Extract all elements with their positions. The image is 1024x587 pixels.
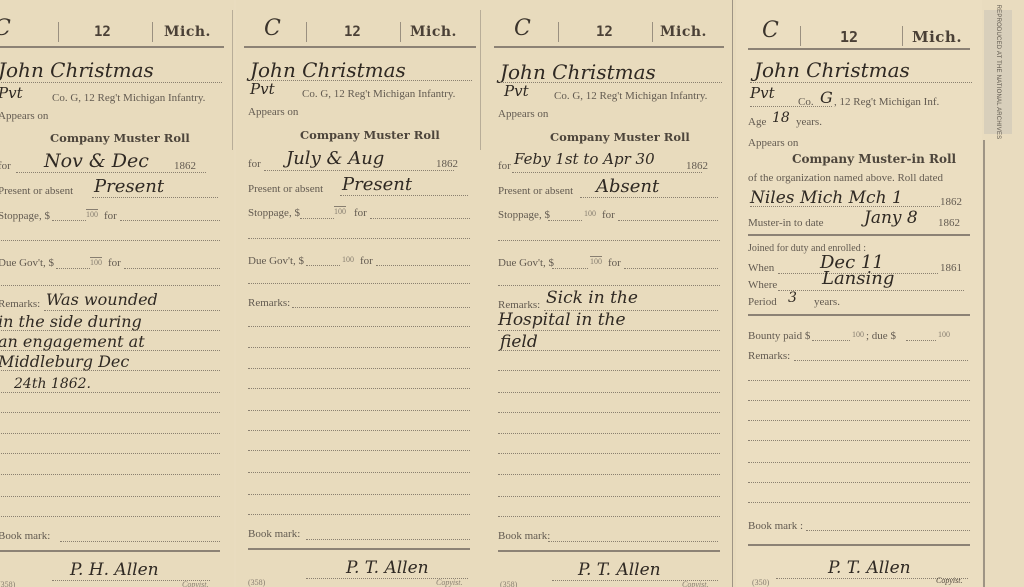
rank: Pvt — [504, 82, 529, 100]
card-muster-in-roll: C 12 Mich. John Christmas Pvt Co. G , 12… — [736, 0, 982, 587]
roll-title: Company Muster Roll — [550, 130, 690, 144]
soldier-name: John Christmas — [500, 60, 656, 84]
where-value: Lansing — [822, 268, 894, 289]
state: Mich. — [410, 24, 457, 40]
copyist-signature: P. T. Allen — [828, 558, 911, 578]
regiment-number: 12 — [94, 24, 111, 40]
present-status: Absent — [596, 176, 659, 197]
remarks-line-3: field — [500, 332, 538, 352]
company-letter: C — [0, 16, 11, 41]
regiment-number: 12 — [344, 24, 361, 40]
roll-title: Company Muster Roll — [300, 128, 440, 142]
form-number: (350) — [752, 578, 769, 587]
unit-line: , 12 Reg't Michigan Inf. — [834, 96, 939, 108]
remarks-line-1: Sick in the — [546, 288, 638, 308]
card-muster-roll-nov-dec: C 12 Mich. John Christmas Pvt Co. G, 12 … — [0, 0, 234, 587]
card-header: C 12 Mich. — [244, 18, 476, 48]
card-header: C 12 Mich. — [748, 22, 970, 50]
form-number: (358) — [0, 580, 15, 587]
unit-line: Co. G, 12 Reg't Michigan Infantry. — [52, 92, 205, 104]
archive-stamp: REPRODUCED AT THE NATIONAL ARCHIVES — [984, 10, 1012, 134]
roll-period: Feby 1st to Apr 30 — [514, 150, 655, 168]
roll-period: Nov & Dec — [44, 150, 149, 172]
form-number: (358) — [248, 578, 265, 587]
card-header: C 12 Mich. — [0, 18, 224, 48]
roll-title: Company Muster-in Roll — [792, 152, 956, 166]
period-value: 3 — [788, 290, 797, 306]
remarks-line-2: Hospital in the — [498, 310, 626, 330]
state: Mich. — [660, 24, 707, 40]
company-letter: C — [762, 18, 779, 43]
remarks-line-5: 24th 1862. — [14, 376, 91, 392]
copyist-signature: P. T. Allen — [578, 560, 661, 580]
muster-in-date: Jany 8 — [864, 208, 918, 228]
card-muster-roll-feb-apr: C 12 Mich. John Christmas Pvt Co. G, 12 … — [486, 0, 736, 587]
company-letter: C — [264, 16, 281, 41]
roll-dated-value: Niles Mich Mch 1 — [750, 188, 903, 208]
rank: Pvt — [750, 84, 775, 102]
remarks-line-2: in the side during — [0, 312, 142, 331]
card-header: C 12 Mich. — [494, 18, 724, 48]
present-status: Present — [94, 176, 164, 197]
rank: Pvt — [250, 80, 275, 98]
remarks-line-3: an engagement at — [0, 332, 145, 351]
rank: Pvt — [0, 84, 23, 102]
soldier-name: John Christmas — [754, 58, 910, 82]
appears-on: Appears on — [248, 106, 298, 118]
copyist-signature: P. T. Allen — [346, 558, 429, 578]
roll-period: July & Aug — [286, 148, 384, 169]
regiment-number: 12 — [840, 28, 858, 46]
company-letter: C — [514, 16, 531, 41]
organization-line: of the organization named above. Roll da… — [748, 172, 943, 184]
appears-on: Appears on — [748, 137, 798, 149]
age-value: 18 — [772, 110, 790, 126]
remarks-line-4: Middleburg Dec — [0, 352, 129, 371]
appears-on: Appears on — [0, 110, 48, 122]
appears-on: Appears on — [498, 108, 548, 120]
soldier-name: John Christmas — [250, 58, 406, 82]
state: Mich. — [912, 28, 962, 46]
roll-title: Company Muster Roll — [50, 131, 190, 145]
unit-line: Co. G, 12 Reg't Michigan Infantry. — [554, 90, 707, 102]
copyist-signature: P. H. Allen — [70, 560, 159, 580]
state: Mich. — [164, 24, 211, 40]
present-status: Present — [342, 174, 412, 195]
unit-line: Co. G, 12 Reg't Michigan Infantry. — [302, 88, 455, 100]
remarks-line-1: Was wounded — [46, 290, 158, 309]
soldier-name: John Christmas — [0, 58, 154, 82]
form-number: (358) — [500, 580, 517, 587]
card-edge — [983, 140, 985, 587]
company-value: G — [820, 88, 833, 107]
card-muster-roll-july-aug: C 12 Mich. John Christmas Pvt Co. G, 12 … — [236, 0, 486, 587]
regiment-number: 12 — [596, 24, 613, 40]
